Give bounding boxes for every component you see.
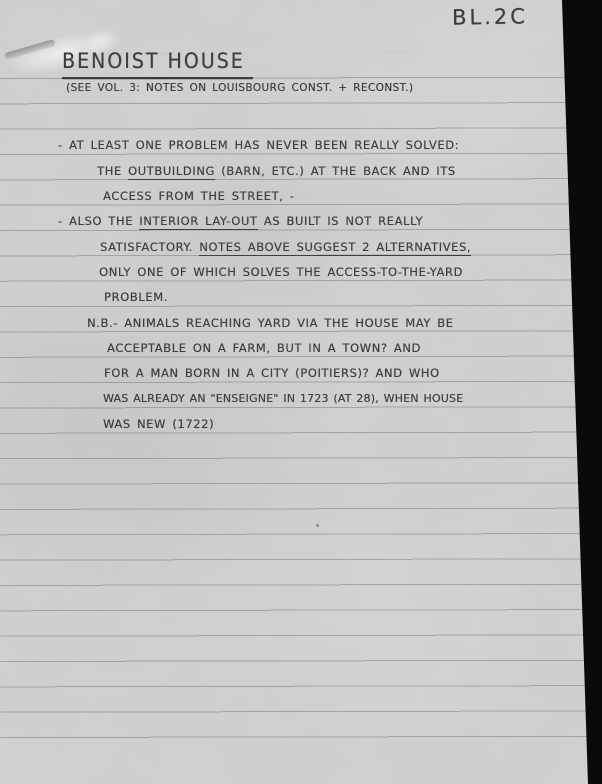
note-text: SATISFACTORY. [100, 240, 199, 254]
note-text: WAS ALREADY AN "ENSEIGNE" IN 1723 (AT 28… [103, 392, 463, 405]
note-text: ONLY ONE OF WHICH SOLVES THE ACCESS-TO-T… [99, 265, 463, 279]
note-line-12: WAS NEW (1722) [103, 417, 214, 431]
classification-code: BL.2C [452, 4, 528, 29]
note-text: ACCEPTABLE ON A FARM, BUT IN A TOWN? AND [107, 341, 421, 355]
note-line-10: FOR A MAN BORN IN A CITY (POITIERS)? AND… [104, 366, 440, 380]
note-text: - ALSO THE [58, 214, 139, 228]
note-line-2: THE OUTBUILDING (BARN, ETC.) AT THE BACK… [97, 164, 456, 178]
underlined-phrase: NOTES ABOVE SUGGEST 2 ALTERNATIVES, [199, 240, 471, 256]
page-title: BENOIST HOUSE [62, 49, 253, 79]
note-line-4: - ALSO THE INTERIOR LAY-OUT AS BUILT IS … [58, 214, 423, 228]
note-line-11: WAS ALREADY AN "ENSEIGNE" IN 1723 (AT 28… [103, 392, 463, 405]
note-text: THE [97, 164, 128, 178]
note-line-7: PROBLEM. [104, 290, 168, 304]
note-text: PROBLEM. [104, 290, 168, 304]
underlined-phrase: INTERIOR LAY-OUT [139, 214, 257, 230]
note-text: ACCESS FROM THE STREET, - [103, 189, 294, 203]
underlined-phrase: OUTBUILDING [128, 164, 215, 180]
note-line-1: - AT LEAST ONE PROBLEM HAS NEVER BEEN RE… [58, 138, 459, 152]
note-text: FOR A MAN BORN IN A CITY (POITIERS)? AND… [104, 366, 440, 380]
note-text: WAS NEW (1722) [103, 417, 214, 431]
ink-speck [316, 524, 319, 527]
note-text: - AT LEAST ONE PROBLEM HAS NEVER BEEN RE… [58, 138, 459, 152]
note-line-5: SATISFACTORY. NOTES ABOVE SUGGEST 2 ALTE… [100, 240, 471, 254]
note-text: AS BUILT IS NOT REALLY [258, 214, 424, 228]
page-subtitle: (SEE VOL. 3: NOTES ON LOUISBOURG CONST. … [66, 82, 413, 94]
note-text: N.B.- ANIMALS REACHING YARD VIA THE HOUS… [87, 316, 454, 330]
ruled-lines [0, 52, 587, 757]
note-line-3: ACCESS FROM THE STREET, - [103, 189, 294, 203]
note-text: (BARN, ETC.) AT THE BACK AND ITS [215, 164, 456, 178]
note-line-8: N.B.- ANIMALS REACHING YARD VIA THE HOUS… [87, 316, 454, 330]
note-line-9: ACCEPTABLE ON A FARM, BUT IN A TOWN? AND [107, 341, 421, 355]
note-line-6: ONLY ONE OF WHICH SOLVES THE ACCESS-TO-T… [99, 265, 463, 279]
